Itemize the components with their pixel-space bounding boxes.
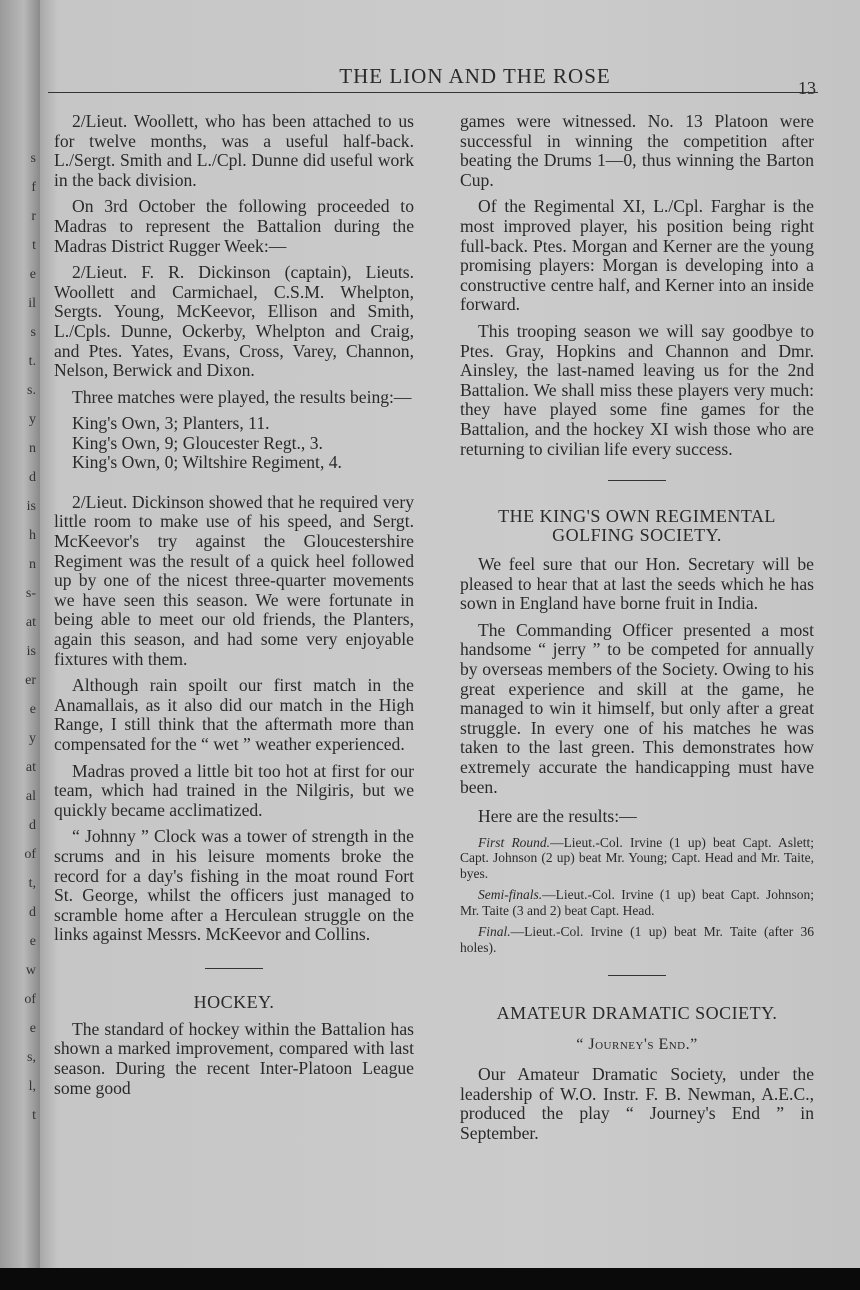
- paragraph: 2/Lieut. F. R. Dickinson (captain), Lieu…: [54, 263, 414, 381]
- result-line: King's Own, 3; Planters, 11.: [72, 414, 414, 434]
- facing-page-text-fragment: e: [30, 701, 36, 719]
- running-head: THE LION AND THE ROSE: [290, 64, 660, 89]
- paragraph: On 3rd October the following proceeded t…: [54, 197, 414, 256]
- round-label: Final.: [478, 924, 511, 939]
- magazine-page: THE LION AND THE ROSE 13 2/Lieut. Woolle…: [40, 0, 860, 1268]
- facing-page-text-fragment: r: [31, 208, 36, 226]
- play-title: “ Journey's End.”: [460, 1035, 814, 1055]
- facing-page-text-fragment: l,: [29, 1078, 36, 1096]
- result-line: King's Own, 9; Gloucester Regt., 3.: [72, 434, 414, 454]
- section-title-dramatic: AMATEUR DRAMATIC SOCIETY.: [460, 1004, 814, 1023]
- round-label: First Round.: [478, 835, 550, 850]
- facing-page-text-fragment: f: [31, 179, 36, 197]
- facing-page-edge: sfrteilst.s.yndishns-atisereyataldoft,de…: [0, 0, 40, 1270]
- left-column: 2/Lieut. Woollett, who has been attached…: [54, 112, 414, 1105]
- page-number: 13: [798, 78, 816, 99]
- facing-page-text-fragment: s-: [26, 585, 36, 603]
- paragraph: This trooping season we will say goodbye…: [460, 322, 814, 459]
- section-title-golf: THE KING'S OWN REGIMENTAL GOLFING SOCIET…: [460, 507, 814, 545]
- page-bottom-shadow: [0, 1268, 860, 1290]
- facing-page-text-fragment: s,: [27, 1049, 36, 1067]
- paragraph: The standard of hockey within the Battal…: [54, 1020, 414, 1098]
- paragraph: The Commanding Officer presented a most …: [460, 621, 814, 797]
- facing-page-text-fragment: t: [32, 1107, 36, 1125]
- title-line: THE KING'S OWN REGIMENTAL: [498, 506, 776, 526]
- facing-page-text-fragment: d: [29, 817, 36, 835]
- round-label: Semi-finals.: [478, 887, 542, 902]
- paragraph: We feel sure that our Hon. Secretary wil…: [460, 555, 814, 614]
- facing-page-text-fragment: d: [29, 904, 36, 922]
- facing-page-text-fragment: er: [25, 672, 36, 690]
- paragraph: Three matches were played, the results b…: [54, 388, 414, 408]
- paragraph: Madras proved a little bit too hot at fi…: [54, 762, 414, 821]
- match-results: King's Own, 3; Planters, 11. King's Own,…: [72, 414, 414, 473]
- header-rule: [48, 92, 818, 93]
- facing-page-text-fragment: il: [28, 295, 36, 313]
- paragraph: 2/Lieut. Dickinson showed that he requir…: [54, 493, 414, 669]
- facing-page-text-fragment: w: [26, 962, 36, 980]
- paragraph: Here are the results:—: [460, 807, 814, 827]
- facing-page-text-fragment: at: [26, 614, 36, 632]
- facing-page-text-fragment: of: [24, 991, 36, 1009]
- facing-page-text-fragment: t: [32, 237, 36, 255]
- paragraph: Our Amateur Dramatic Society, under the …: [460, 1065, 814, 1143]
- facing-page-text-fragment: e: [30, 1020, 36, 1038]
- facing-page-text-fragment: n: [29, 556, 36, 574]
- facing-page-text-fragment: e: [30, 933, 36, 951]
- facing-page-text-fragment: h: [29, 527, 36, 545]
- facing-page-text-fragment: d: [29, 469, 36, 487]
- facing-page-text-fragment: s.: [27, 382, 36, 400]
- round-result: Semi-finals.—Lieut.-Col. Irvine (1 up) b…: [460, 887, 814, 918]
- paragraph: “ Johnny ” Clock was a tower of strength…: [54, 827, 414, 945]
- facing-page-text-fragment: y: [29, 411, 36, 429]
- paragraph: games were witnessed. No. 13 Platoon wer…: [460, 112, 814, 190]
- facing-page-text-fragment: is: [27, 498, 36, 516]
- facing-page-text-fragment: y: [29, 730, 36, 748]
- facing-page-text-fragment: n: [29, 440, 36, 458]
- title-line: GOLFING SOCIETY.: [552, 525, 722, 545]
- facing-page-text-fragment: s: [31, 150, 36, 168]
- round-result: First Round.—Lieut.-Col. Irvine (1 up) b…: [460, 835, 814, 882]
- facing-page-text-fragment: t.: [29, 353, 36, 371]
- golf-results: First Round.—Lieut.-Col. Irvine (1 up) b…: [460, 835, 814, 956]
- paragraph: 2/Lieut. Woollett, who has been attached…: [54, 112, 414, 190]
- facing-page-text-fragment: at: [26, 759, 36, 777]
- facing-page-text-fragment: s: [31, 324, 36, 342]
- facing-page-text-fragment: al: [26, 788, 36, 806]
- right-column: games were witnessed. No. 13 Platoon wer…: [460, 112, 814, 1150]
- paragraph: Although rain spoilt our first match in …: [54, 676, 414, 754]
- facing-page-text-fragment: is: [27, 643, 36, 661]
- round-result: Final.—Lieut.-Col. Irvine (1 up) beat Mr…: [460, 924, 814, 955]
- facing-page-text-fragment: e: [30, 266, 36, 284]
- facing-page-text-fragment: of: [24, 846, 36, 864]
- section-title-hockey: HOCKEY.: [54, 993, 414, 1012]
- facing-page-text-fragment: t,: [29, 875, 36, 893]
- paragraph: Of the Regimental XI, L./Cpl. Farghar is…: [460, 197, 814, 315]
- result-line: King's Own, 0; Wiltshire Regiment, 4.: [72, 453, 414, 473]
